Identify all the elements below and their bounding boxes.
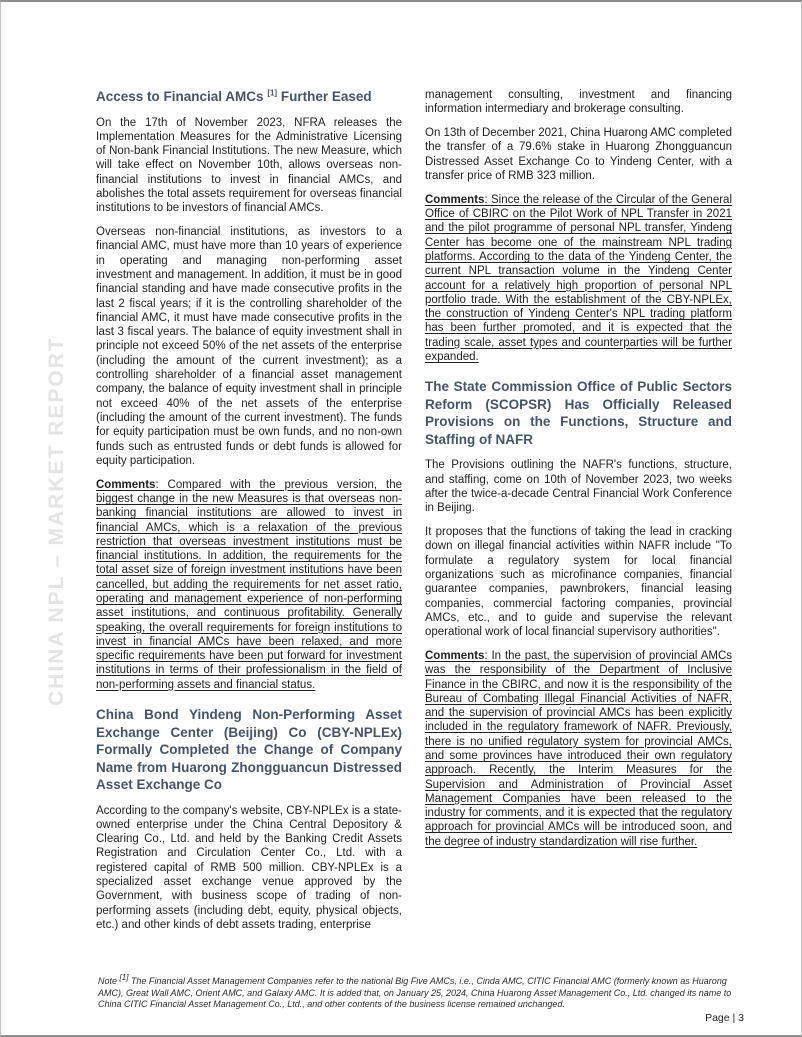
paragraph-cby-nplex-profile: According to the company's website, CBY-… (96, 804, 402, 933)
comments-paragraph-measures: Comments: Compared with the previous ver… (96, 478, 402, 692)
heading-scopsr-nafr: The State Commission Office of Public Se… (425, 378, 732, 448)
heading-text-post: Further Eased (277, 89, 372, 104)
column-left: Access to Financial AMCs [1] Further Eas… (96, 88, 402, 942)
comments-text: : Compared with the previous version, th… (96, 479, 402, 691)
comments-paragraph-yindeng: Comments: Since the release of the Circu… (425, 193, 732, 365)
heading-text-pre: Access to Financial AMCs (96, 89, 267, 104)
paragraph-cby-nplex-continued: management consulting, investment and fi… (425, 88, 732, 117)
page-number: Page | 3 (705, 1012, 744, 1024)
paragraph-nfra-measures: On the 17th of November 2023, NFRA relea… (96, 116, 402, 216)
paragraph-nafr-provisions: The Provisions outlining the NAFR's func… (425, 458, 732, 515)
comments-label: Comments (425, 194, 484, 206)
footnote-label: Note (98, 976, 120, 986)
comments-text: : Since the release of the Circular of t… (425, 194, 732, 363)
paragraph-overseas-requirements: Overseas non-financial institutions, as … (96, 225, 402, 468)
column-right: management consulting, investment and fi… (425, 88, 732, 859)
footnote-ref-1: [1] (267, 89, 277, 98)
paragraph-nafr-functions: It proposes that the functions of taking… (425, 525, 732, 639)
comments-text: : In the past, the supervision of provin… (425, 650, 732, 848)
report-watermark-text: CHINA NPL – MARKET REPORT (45, 334, 69, 706)
comments-paragraph-provincial-amcs: Comments: In the past, the supervision o… (425, 649, 732, 849)
footnote: Note [1] The Financial Asset Management … (98, 976, 748, 1011)
heading-access-financial-amcs: Access to Financial AMCs [1] Further Eas… (96, 88, 402, 106)
comments-label: Comments (425, 650, 484, 662)
heading-cby-nplex: China Bond Yindeng Non-Performing Asset … (96, 706, 402, 794)
paragraph-huarong-transfer: On 13th of December 2021, China Huarong … (425, 126, 732, 183)
comments-label: Comments (96, 479, 155, 491)
footnote-text: The Financial Asset Management Companies… (98, 976, 731, 1009)
report-page: CHINA NPL – MARKET REPORT Access to Fina… (0, 0, 802, 1037)
